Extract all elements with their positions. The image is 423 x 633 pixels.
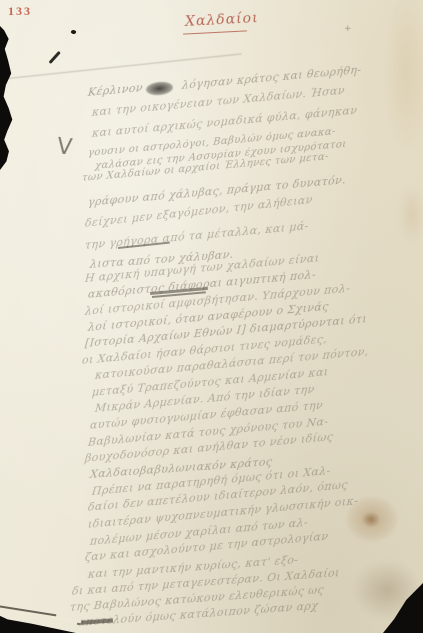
- scanned-manuscript-page: 133 Χαλδαίοι V + Κέρλινονλόγησαν κράτος …: [0, 0, 423, 633]
- check-mark: V: [56, 134, 74, 160]
- page-number-stamp: 133: [8, 4, 32, 19]
- plus-mark: +: [344, 24, 352, 34]
